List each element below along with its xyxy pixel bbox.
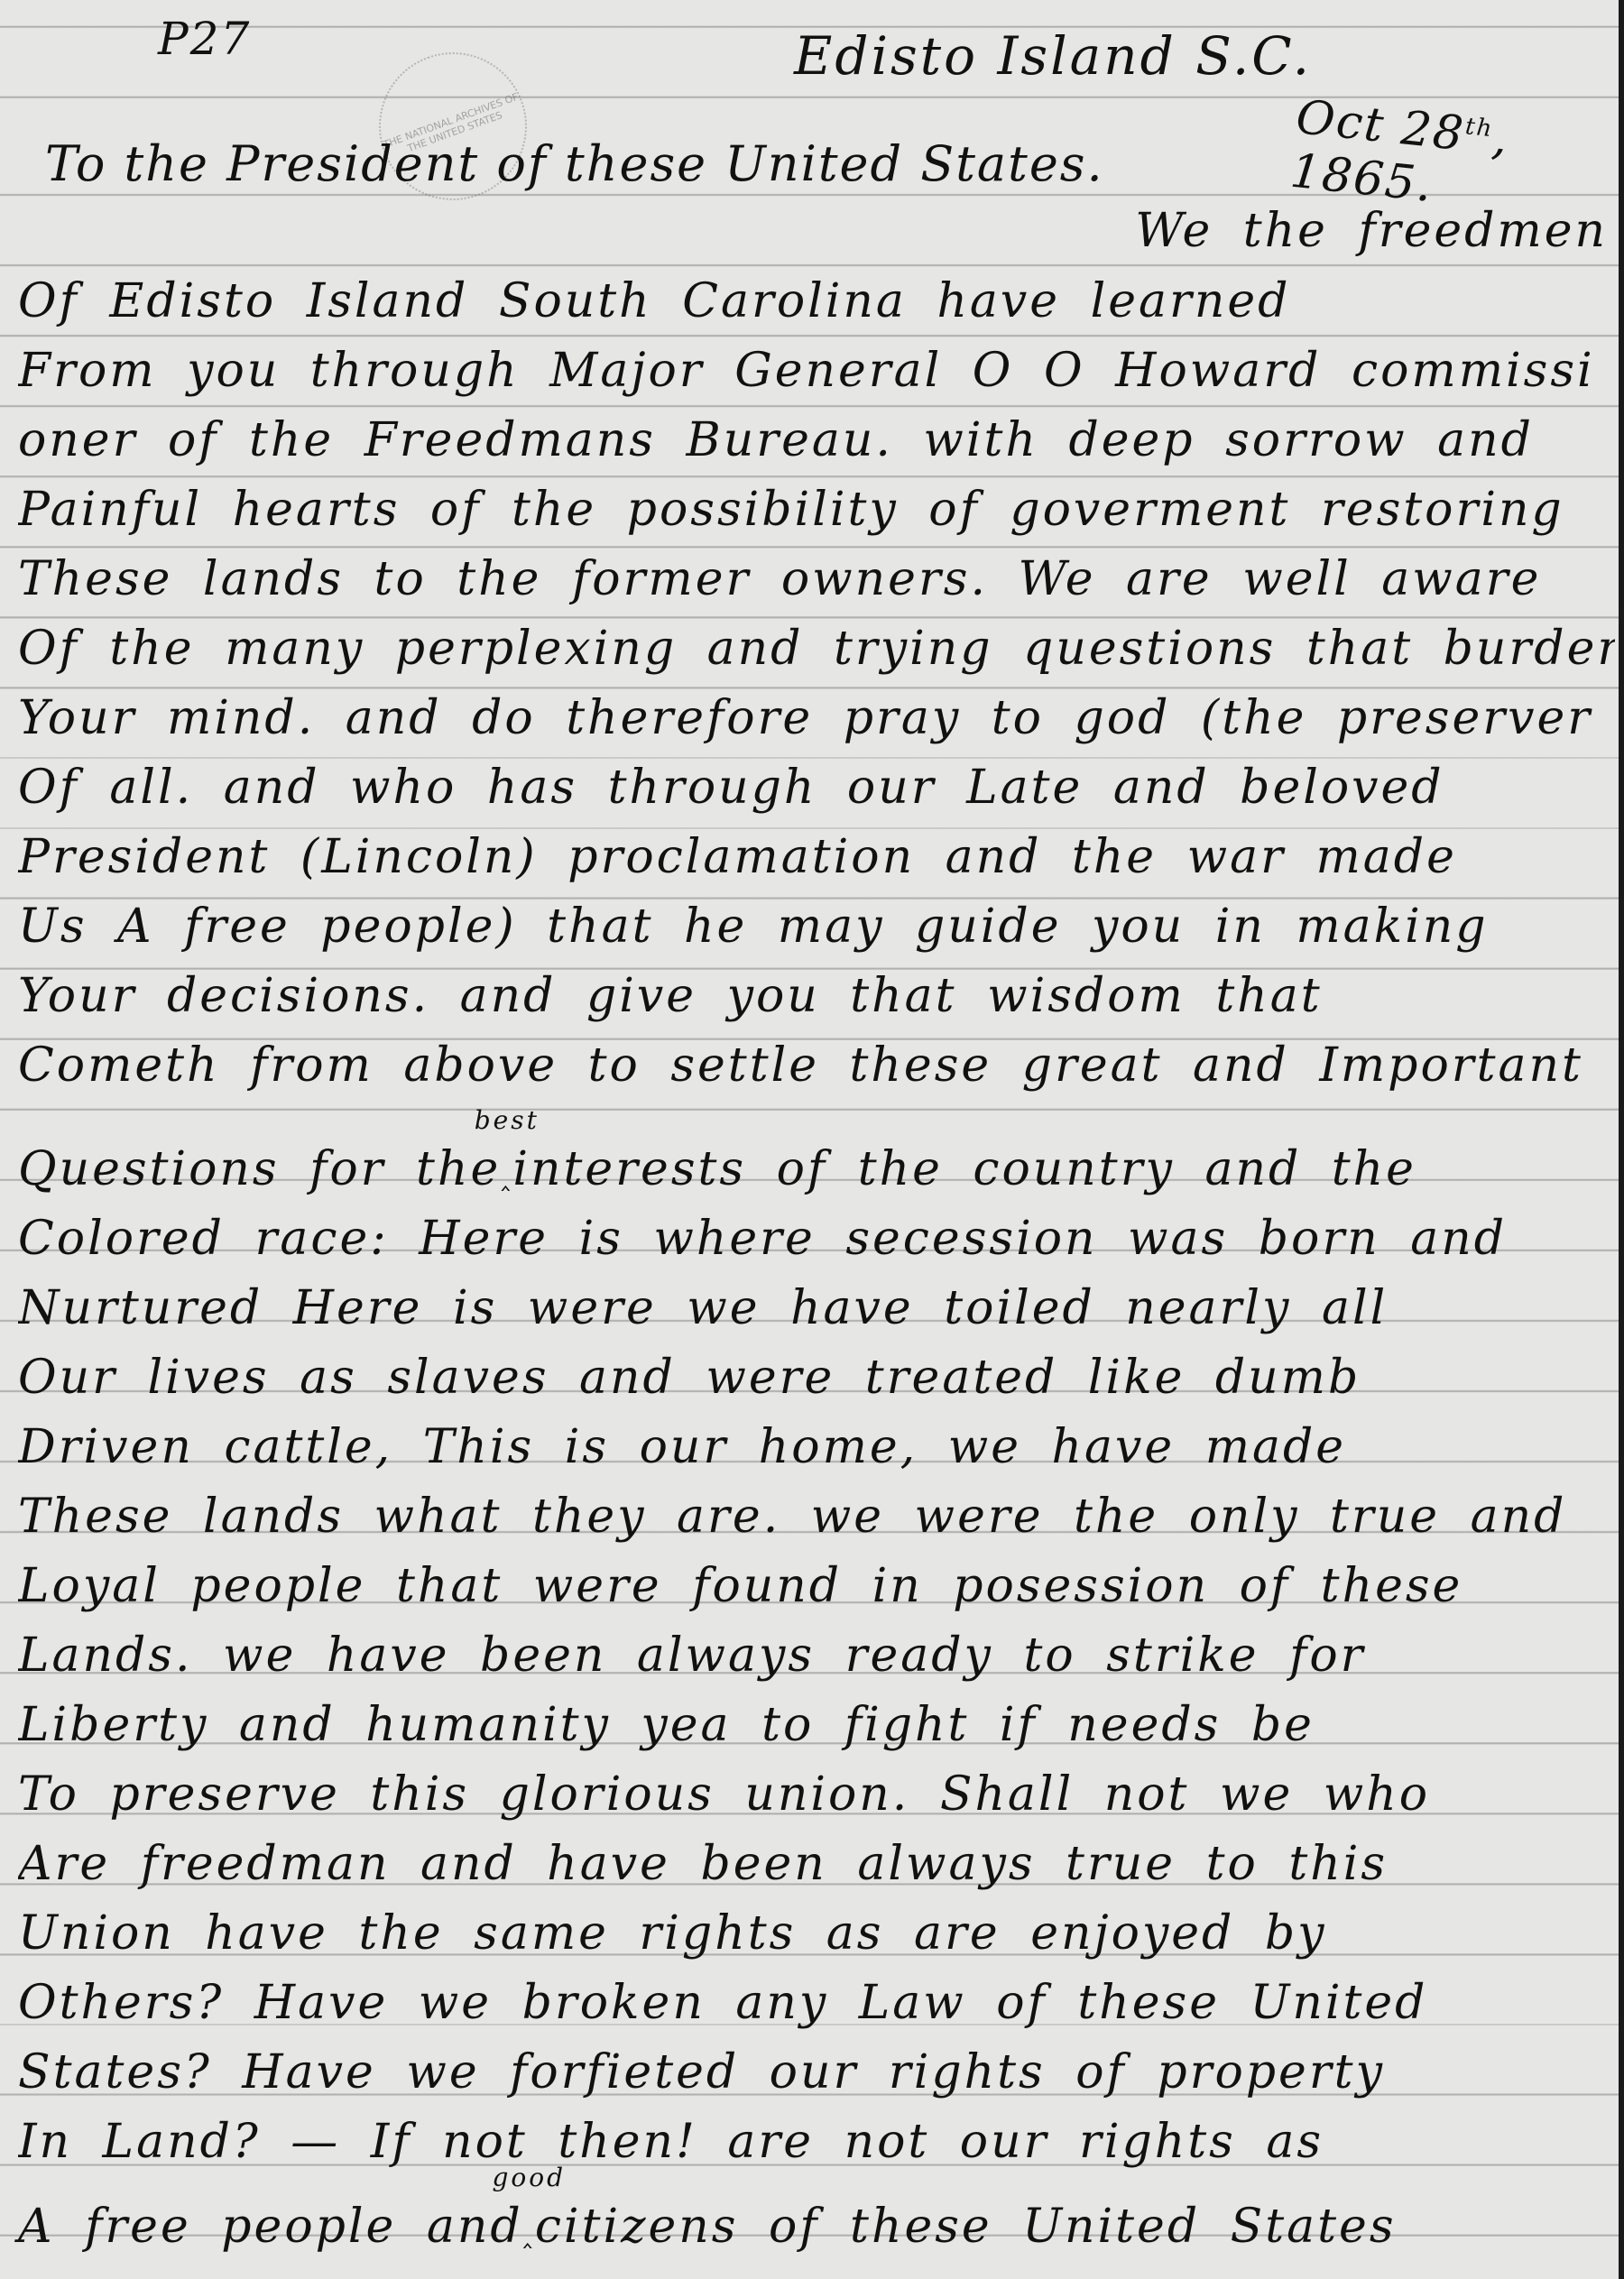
letter-line: Liberty and humanity yea to fight if nee… [18, 1691, 1615, 1760]
letter-line: President (Lincoln) proclamation and the… [18, 823, 1615, 892]
letter-line: Your mind. and do therefore pray to god … [18, 684, 1615, 753]
line-text: Questions for the [18, 1142, 501, 1196]
letter-line: Cometh from above to settle these great … [18, 1031, 1615, 1101]
letter-line: Loyal people that were found in posessio… [18, 1552, 1615, 1621]
letter-line: Others? Have we broken any Law of these … [18, 1969, 1615, 2038]
inserted-word: good‸ [523, 2192, 535, 2268]
letter-line: Of the many perplexing and trying questi… [18, 614, 1615, 684]
page-edge [1619, 0, 1624, 2279]
insertion-caret-icon: ‸ [523, 2218, 535, 2249]
letter-line: Of Edisto Island South Carolina have lea… [18, 267, 1615, 337]
letter-line: Us A free people) that he may guide you … [18, 892, 1615, 962]
letter-line: These lands to the former owners. We are… [18, 545, 1615, 614]
letter-page: P27 THE NATIONAL ARCHIVES OF THE UNITED … [0, 0, 1624, 2279]
letter-line: Of all. and who has through our Late and… [18, 753, 1615, 823]
letter-line: Your decisions. and give you that wisdom… [18, 962, 1615, 1031]
letter-line: Colored race: Here is where secession wa… [18, 1204, 1615, 1274]
date-ordinal: th [1464, 113, 1495, 143]
archive-page-number: P27 [158, 13, 251, 65]
letter-line: In Land? — If not then! are not our righ… [18, 2108, 1615, 2177]
line-text: A free people and [18, 2200, 523, 2254]
letter-line: Nurtured Here is were we have toiled nea… [18, 1274, 1615, 1343]
letter-line: Are freedman and have been always true t… [18, 1830, 1615, 1899]
salutation: To the President of these United States. [45, 135, 1104, 192]
letter-line: From you through Major General O O Howar… [18, 337, 1615, 406]
letter-line: Union have the same rights as are enjoye… [18, 1899, 1615, 1969]
letter-line: Our lives as slaves and were treated lik… [18, 1343, 1615, 1413]
line-text: interests of the country and the [512, 1142, 1416, 1196]
letter-line-last: A free people andgood‸citizens of these … [18, 2192, 1615, 2262]
inserted-word: best‸ [501, 1135, 512, 1211]
letter-line: Lands. we have been always ready to stri… [18, 1621, 1615, 1691]
letter-line-questions: Questions for thebest‸interests of the c… [18, 1135, 1615, 1204]
archives-stamp: THE NATIONAL ARCHIVES OF THE UNITED STAT… [358, 32, 548, 221]
letter-line: To preserve this glorious union. Shall n… [18, 1760, 1615, 1830]
letter-line: States? Have we forfieted our rights of … [18, 2038, 1615, 2108]
letter-place: Edisto Island S.C. [794, 25, 1312, 87]
insert-above-text: good [492, 2165, 566, 2191]
letter-line: Painful hearts of the possibility of gov… [18, 475, 1615, 545]
insert-above-text: best [475, 1108, 540, 1133]
letter-line: Driven cattle, This is our home, we have… [18, 1413, 1615, 1482]
letter-line-opening: We the freedmen [18, 197, 1615, 266]
insertion-caret-icon: ‸ [501, 1160, 512, 1192]
letter-line: oner of the Freedmans Bureau. with deep … [18, 406, 1615, 475]
line-text: citizens of these United States [535, 2200, 1397, 2254]
letter-line: These lands what they are. we were the o… [18, 1482, 1615, 1552]
